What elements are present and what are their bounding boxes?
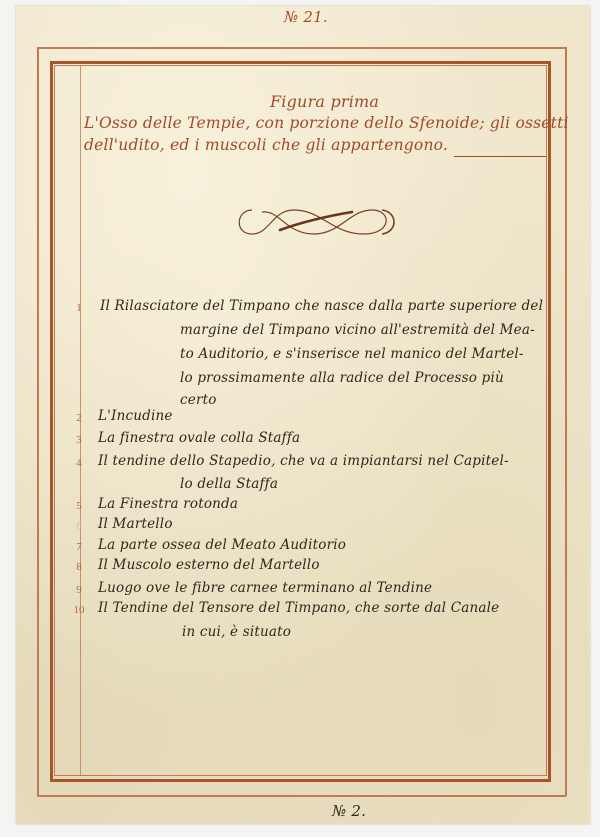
inner-frame-left [50,61,53,782]
entry-number-6: 6 [68,520,90,532]
entry-number-7: 7 [68,541,90,553]
entry-1-line-5: certo [180,392,217,408]
outer-frame-top [37,47,566,49]
entry-number-10: 10 [68,604,90,616]
title-line-2: dell'udito, ed i muscoli che gli apparte… [84,136,448,154]
inner-frame-left-2 [54,65,55,776]
entry-1-line-4: lo prossimamente alla radice del Process… [180,370,504,386]
figure-heading: Figura prima [270,92,379,111]
title-line-1: L'Osso delle Tempie, con porzione dello … [84,114,569,132]
folio-number-bottom: № 2. [332,802,366,820]
inner-frame-top [50,61,551,64]
outer-frame-bottom [37,795,566,797]
inner-frame-right [548,61,551,782]
entry-1-line-3: to Auditorio, e s'inserisce nel manico d… [180,346,524,362]
title-underline [454,156,546,157]
entry-4-line-2: lo della Staffa [180,476,278,492]
entry-number-5: 5 [68,500,90,512]
entry-7-line-1: La parte ossea del Meato Auditorio [98,537,346,553]
entry-number-1: 1 [68,302,90,314]
folio-number-top: № 21. [284,8,328,26]
entry-2-line-1: L'Incudine [98,408,173,424]
entry-5-line-1: La Finestra rotonda [98,496,238,512]
entry-10-line-2: in cui, è situato [182,624,291,640]
entry-1-line-1: Il Rilasciatore del Timpano che nasce da… [100,298,543,314]
entry-10-line-1: Il Tendine del Tensore del Timpano, che … [98,600,499,616]
flourish-ornament-icon [232,204,402,238]
entry-number-2: 2 [68,412,90,424]
entry-4-line-1: Il tendine dello Stapedio, che va a impi… [98,453,509,469]
entry-number-4: 4 [68,457,90,469]
entry-1-line-2: margine del Timpano vicino all'estremità… [180,322,535,338]
outer-frame-left [37,47,39,796]
entry-8-line-1: Il Muscolo esterno del Martello [98,557,320,573]
inner-frame-bottom [50,779,551,782]
inner-frame-top-2 [54,65,547,66]
entry-3-line-1: La finestra ovale colla Staffa [98,430,300,446]
inner-frame-right-2 [546,65,547,776]
manuscript-page: № 21. № 2. Figura prima L'Osso delle Tem… [16,6,590,824]
entry-number-3: 3 [68,434,90,446]
inner-frame-bottom-2 [54,775,547,776]
outer-frame-right [565,47,567,796]
entry-number-9: 9 [68,584,90,596]
entry-6-line-1: Il Martello [98,516,173,532]
entry-number-8: 8 [68,561,90,573]
entry-9-line-1: Luogo ove le fibre carnee terminano al T… [98,580,432,596]
